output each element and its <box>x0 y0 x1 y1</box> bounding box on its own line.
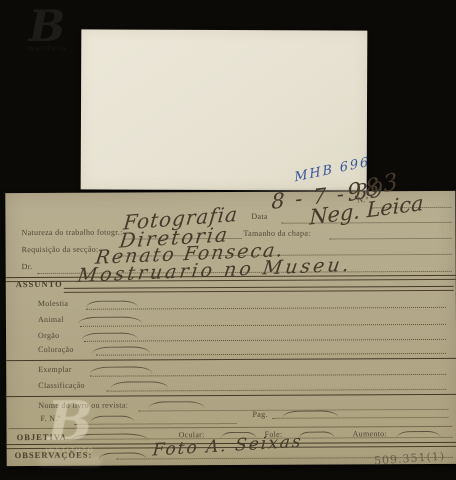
date-label: Data <box>251 212 267 221</box>
requisition-label: Requisição da secção: <box>22 245 99 254</box>
pen-dash-animal <box>78 316 142 323</box>
pen-dash-orgao <box>82 332 138 339</box>
field-label-coloracao: Coloração <box>38 345 74 354</box>
pen-dash-sheet <box>90 416 134 423</box>
pen-dash-page <box>282 410 338 417</box>
archive-watermark-faint: B INSTITUTO <box>11 6 83 52</box>
field-label-classificacao: Classificação <box>38 381 85 390</box>
subject-field-line <box>64 286 454 293</box>
plate-size-label: Tamanho da chapa: <box>243 229 310 238</box>
field-label-orgao: Orgão <box>38 331 59 340</box>
field-line-molestia <box>86 307 446 310</box>
doctor-label: Dr. <box>22 262 33 271</box>
sheet-number-label: F. N.º <box>40 414 60 423</box>
field-line-orgao <box>84 339 446 342</box>
pen-dash-coloracao <box>92 346 150 353</box>
observations-label: OBSERVAÇÕES: <box>15 451 93 460</box>
observations-value-handwriting: Foto A. Seixas <box>152 432 304 461</box>
book-label: Nome do livro ou revista: <box>38 401 128 410</box>
pen-dash-classificacao <box>110 381 168 388</box>
blank-photo-card: MHB 696 <box>81 29 368 190</box>
watermark-letter: B <box>11 6 83 46</box>
page-label: Pag. <box>252 410 267 419</box>
section-divider <box>6 358 456 361</box>
field-label-animal: Animal <box>38 315 64 324</box>
photo-record-form-card: N.º 983 Data 8 - 7 - 39 Natureza do trab… <box>5 191 456 466</box>
pen-dash-molestia <box>86 300 138 307</box>
pen-dash-exemplar <box>90 366 152 373</box>
sheet-number-field-line <box>74 423 236 425</box>
field-label-molestia: Molestia <box>38 299 68 308</box>
watermark-text: INSTITUTO <box>11 47 83 53</box>
pen-dash-book <box>148 401 204 408</box>
objective-label: OBJETIVA <box>17 433 67 442</box>
field-label-exemplar: Exemplar <box>38 365 72 374</box>
field-line-animal <box>80 324 446 327</box>
scanned-document: B INSTITUTO MHB 696 N.º 983 Data 8 - 7 -… <box>0 0 456 480</box>
nature-label: Natureza do trabalho fotogr.: <box>21 228 122 238</box>
section-divider-2 <box>6 394 456 397</box>
plate-size-field-line <box>330 238 452 240</box>
field-line-classificacao <box>106 389 446 392</box>
field-line-exemplar <box>90 374 446 377</box>
subject-label: ASSUNTO <box>16 280 63 289</box>
